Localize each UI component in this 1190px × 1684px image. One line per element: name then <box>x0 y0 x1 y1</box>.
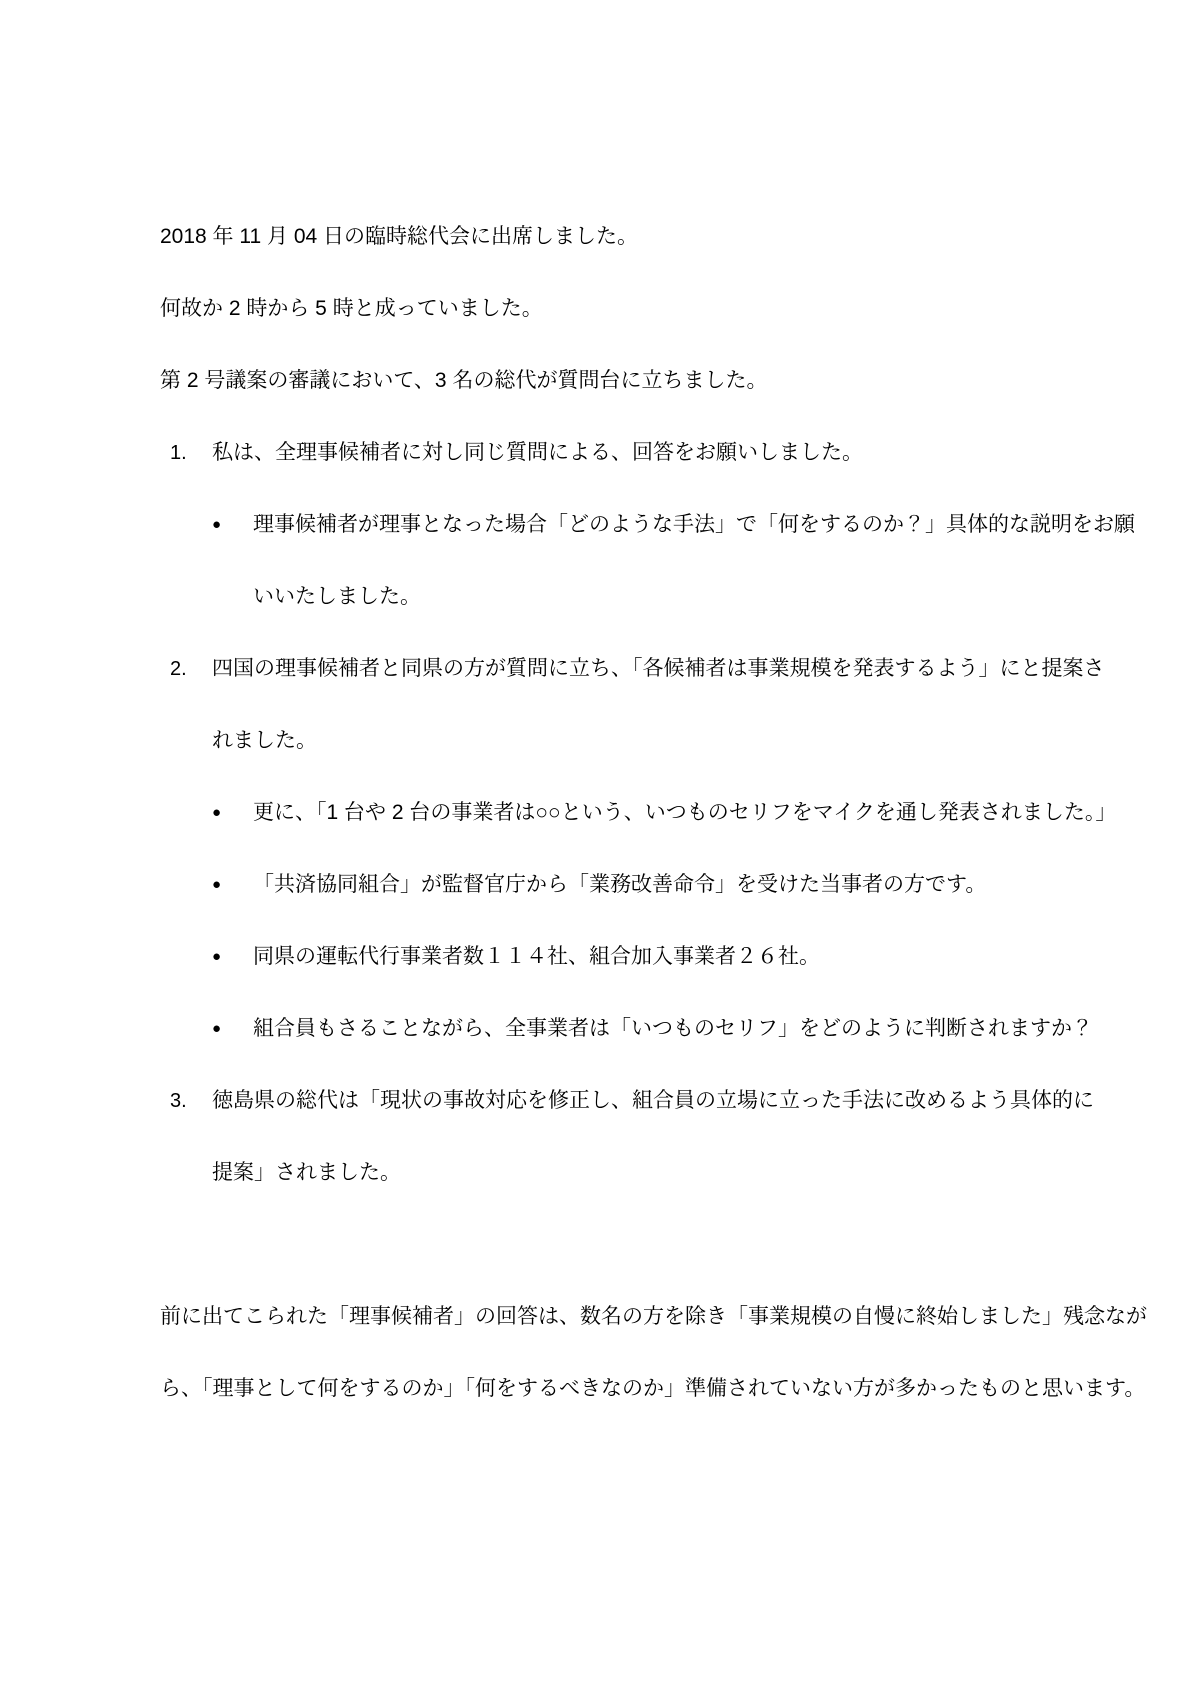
list-item-2-continuation: れました。 <box>0 705 1190 777</box>
list-item-3-continuation: 提案」されました。 <box>0 1137 1190 1209</box>
closing-paragraph-line-1: 前に出てこられた「理事候補者」の回答は、数名の方を除き「事業規模の自慢に終始しま… <box>0 1281 1190 1353</box>
bullet-item-2-3: ● 同県の運転代行事業者数１１４社、組合加入事業者２６社。 <box>0 921 1190 993</box>
bullet-icon: ● <box>212 489 221 561</box>
paragraph-text: ら、「理事として何をするのか」「何をするべきなのか」準備されていない方が多かった… <box>160 1377 1145 1400</box>
bullet-icon: ● <box>212 777 221 849</box>
list-item-text: 提案」されました。 <box>212 1161 401 1184</box>
paragraph-text: 何故か 2 時から 5 時と成っていました。 <box>160 297 543 320</box>
paragraph-text: 2018 年 11 月 04 日の臨時総代会に出席しました。 <box>160 225 638 248</box>
list-item-3: 3. 徳島県の総代は「現状の事故対応を修正し、組合員の立場に立った手法に改めるよ… <box>0 1065 1190 1137</box>
bullet-item-2-1: ● 更に、「1 台や 2 台の事業者は○○という、いつものセリフをマイクを通し発… <box>0 777 1190 849</box>
paragraph-agenda-intro: 第 2 号議案の審議において、3 名の総代が質問台に立ちました。 <box>0 345 1190 417</box>
bullet-item-text: 「共済協同組合」が監督官庁から「業務改善命令」を受けた当事者の方です。 <box>253 873 986 896</box>
bullet-item-text: 理事候補者が理事となった場合「どのような手法」で「何をするのか？」具体的な説明を… <box>253 513 1135 536</box>
bullet-item-text: いいたしました。 <box>253 585 421 608</box>
paragraph-time-note: 何故か 2 時から 5 時と成っていました。 <box>0 273 1190 345</box>
bullet-item-1-1: ● 理事候補者が理事となった場合「どのような手法」で「何をするのか？」具体的な説… <box>0 489 1190 561</box>
list-item-2: 2. 四国の理事候補者と同県の方が質問に立ち、「各候補者は事業規模を発表するよう… <box>0 633 1190 705</box>
blank-line <box>0 1209 1190 1281</box>
bullet-item-text: 更に、「1 台や 2 台の事業者は○○という、いつものセリフをマイクを通し発表さ… <box>253 801 1116 824</box>
list-number-marker: 3. <box>170 1065 187 1137</box>
bullet-icon: ● <box>212 921 221 993</box>
list-item-text: れました。 <box>212 729 317 752</box>
bullet-item-2-2: ● 「共済協同組合」が監督官庁から「業務改善命令」を受けた当事者の方です。 <box>0 849 1190 921</box>
list-item-text: 徳島県の総代は「現状の事故対応を修正し、組合員の立場に立った手法に改めるよう具体… <box>212 1089 1094 1112</box>
bullet-item-text: 組合員もさることながら、全事業者は「いつものセリフ」をどのように判断されますか？ <box>253 1017 1093 1040</box>
list-item-1: 1. 私は、全理事候補者に対し同じ質問による、回答をお願いしました。 <box>0 417 1190 489</box>
document-page: 2018 年 11 月 04 日の臨時総代会に出席しました。 何故か 2 時から… <box>0 0 1190 1425</box>
list-number-marker: 1. <box>170 417 187 489</box>
list-number-marker: 2. <box>170 633 187 705</box>
list-item-text: 私は、全理事候補者に対し同じ質問による、回答をお願いしました。 <box>212 441 863 464</box>
closing-paragraph-line-2: ら、「理事として何をするのか」「何をするべきなのか」準備されていない方が多かった… <box>0 1353 1190 1425</box>
paragraph-date-attendance: 2018 年 11 月 04 日の臨時総代会に出席しました。 <box>0 201 1190 273</box>
bullet-item-2-4: ● 組合員もさることながら、全事業者は「いつものセリフ」をどのように判断されます… <box>0 993 1190 1065</box>
bullet-icon: ● <box>212 993 221 1065</box>
bullet-item-text: 同県の運転代行事業者数１１４社、組合加入事業者２６社。 <box>253 945 820 968</box>
bullet-item-1-1-continuation: いいたしました。 <box>0 561 1190 633</box>
list-item-text: 四国の理事候補者と同県の方が質問に立ち、「各候補者は事業規模を発表するよう」にと… <box>212 657 1105 680</box>
bullet-icon: ● <box>212 849 221 921</box>
paragraph-text: 第 2 号議案の審議において、3 名の総代が質問台に立ちました。 <box>160 369 767 392</box>
paragraph-text: 前に出てこられた「理事候補者」の回答は、数名の方を除き「事業規模の自慢に終始しま… <box>160 1305 1147 1328</box>
